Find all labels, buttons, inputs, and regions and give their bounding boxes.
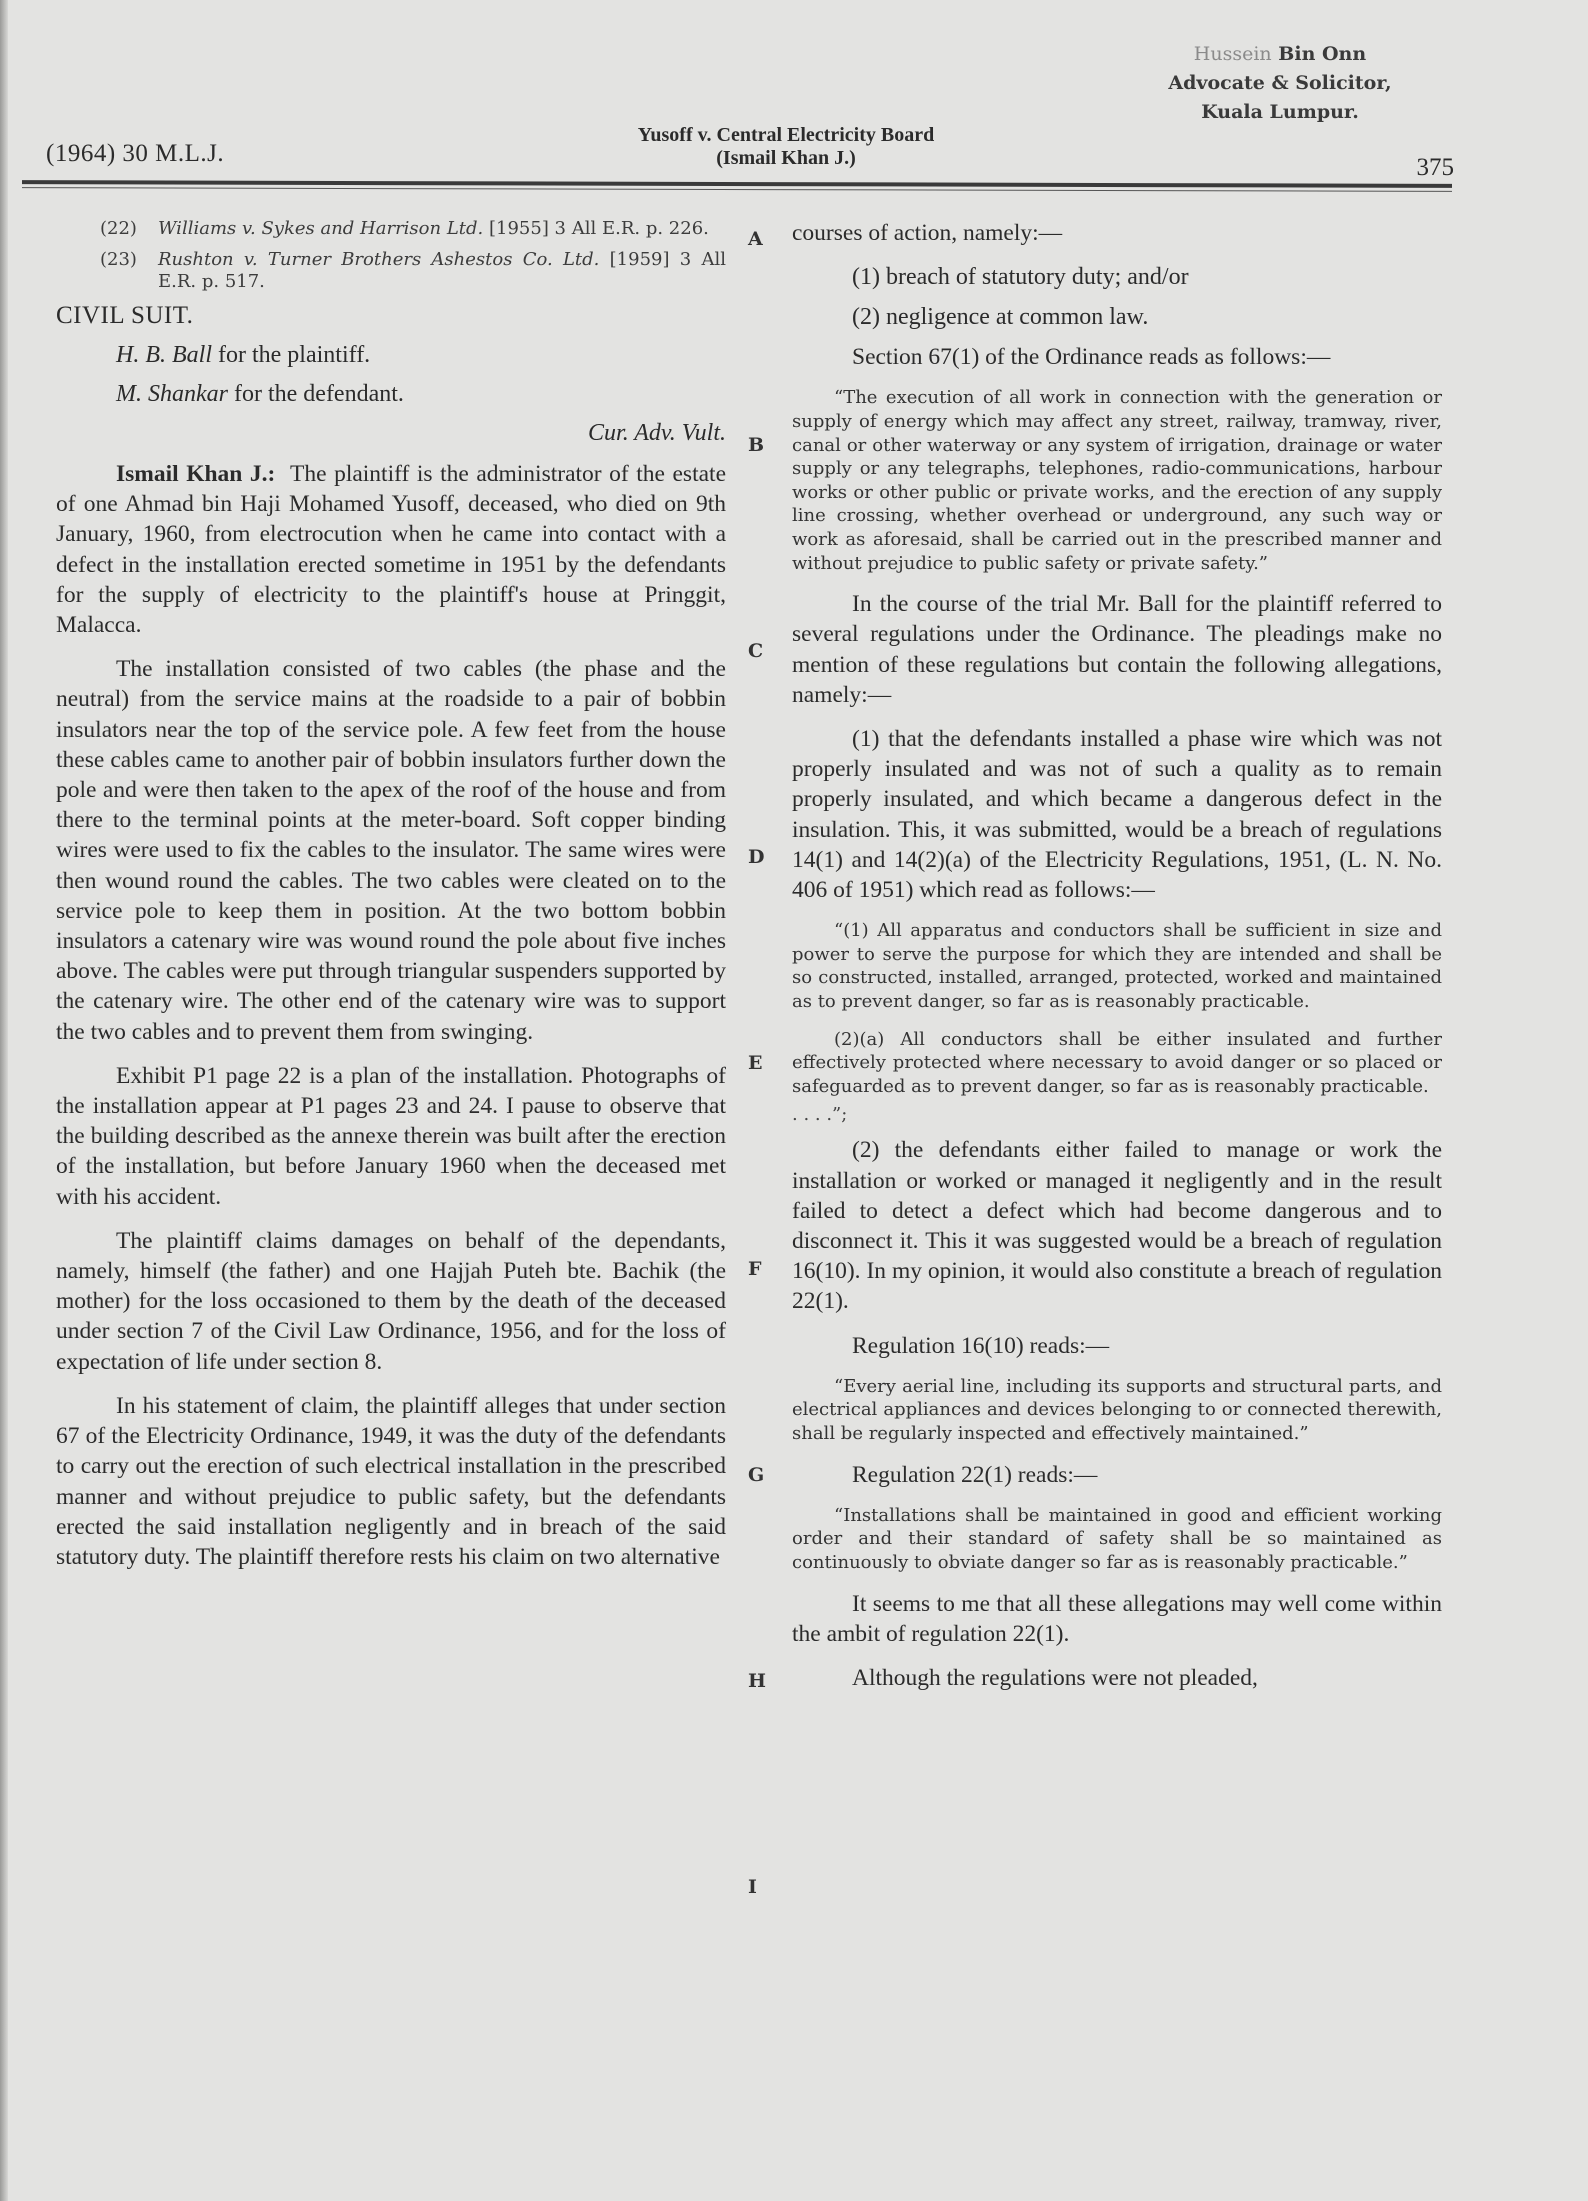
- margin-letter-i: I: [748, 1876, 757, 1898]
- regulation-22-quote: “Installations shall be maintained in go…: [792, 1504, 1442, 1575]
- case-name: Rushton v. Turner Brothers Ashestos Co. …: [158, 249, 599, 270]
- case-title: Yusoff v. Central Electricity Board: [546, 124, 1026, 147]
- citation-item: (23) Rushton v. Turner Brothers Ashestos…: [100, 249, 726, 293]
- counsel-name: H. B. Ball: [116, 342, 212, 368]
- paragraph-text: The plaintiff is the administrator of th…: [56, 461, 726, 638]
- ellipsis: . . . .”;: [792, 1104, 1442, 1125]
- last-line: Although the regulations were not pleade…: [792, 1663, 1442, 1693]
- citation-text: Rushton v. Turner Brothers Ashestos Co. …: [158, 249, 726, 293]
- case-reference: [1955] 3 All E.R. p. 226.: [489, 218, 709, 239]
- regulation-14-2a-quote: (2)(a) All conductors shall be either in…: [792, 1028, 1442, 1099]
- counsel-name: M. Shankar: [116, 381, 228, 407]
- margin-letter-h: H: [748, 1670, 766, 1692]
- judgment-paragraph: In his statement of claim, the plaintiff…: [56, 1391, 726, 1572]
- regulation-16-intro: Regulation 16(10) reads:—: [792, 1331, 1442, 1361]
- case-name: Williams v. Sykes and Harrison Ltd.: [158, 218, 483, 239]
- course-of-action: (1) breach of statutory duty; and/or: [852, 262, 1442, 292]
- section-heading: CIVIL SUIT.: [56, 302, 726, 330]
- stamp-line1-faint: Hussein: [1194, 43, 1272, 65]
- stamp-line2: Advocate & Solicitor,: [1150, 69, 1410, 98]
- margin-letter-f: F: [748, 1258, 762, 1280]
- judgment-paragraph: The plaintiff claims damages on behalf o…: [56, 1226, 726, 1377]
- citations-list: (22) Williams v. Sykes and Harrison Ltd.…: [56, 218, 726, 293]
- counsel-plaintiff: H. B. Ball for the plaintiff.: [116, 342, 726, 369]
- allegation-1: (1) that the defendants installed a phas…: [792, 724, 1442, 905]
- citation-item: (22) Williams v. Sykes and Harrison Ltd.…: [100, 218, 726, 240]
- margin-letter-d: D: [748, 846, 764, 868]
- counsel-role: for the defendant.: [234, 381, 404, 407]
- judge-label: Ismail Khan J.:: [116, 461, 275, 487]
- running-header: (1964) 30 M.L.J. Yusoff v. Central Elect…: [46, 124, 1454, 184]
- regulation-22-intro: Regulation 22(1) reads:—: [792, 1460, 1442, 1490]
- regulation-16-quote: “Every aerial line, including its suppor…: [792, 1375, 1442, 1446]
- counsel-role: for the plaintiff.: [218, 342, 370, 368]
- judgment-paragraph: Ismail Khan J.: The plaintiff is the adm…: [56, 459, 726, 640]
- citation-number: (23): [100, 249, 158, 293]
- allegation-2: (2) the defendants either failed to mana…: [792, 1135, 1442, 1316]
- page-binding-edge: [0, 0, 8, 2201]
- right-column: courses of action, namely:— (1) breach o…: [792, 218, 1442, 1707]
- section-intro: Section 67(1) of the Ordinance reads as …: [792, 342, 1442, 372]
- margin-letter-c: C: [748, 640, 763, 662]
- margin-letter-a: A: [748, 228, 763, 250]
- stamp-line3: Kuala Lumpur.: [1150, 98, 1410, 127]
- judge-name: (Ismail Khan J.): [546, 147, 1026, 170]
- citation-text: Williams v. Sykes and Harrison Ltd. [195…: [158, 218, 726, 240]
- course-of-action: (2) negligence at common law.: [852, 302, 1442, 332]
- trial-paragraph: In the course of the trial Mr. Ball for …: [792, 589, 1442, 710]
- case-header: Yusoff v. Central Electricity Board (Ism…: [546, 124, 1026, 170]
- judgment-paragraph: The installation consisted of two cables…: [56, 654, 726, 1047]
- header-rule-thin: [22, 187, 1452, 192]
- counsel-defendant: M. Shankar for the defendant.: [116, 381, 726, 408]
- stamp-line1: Bin Onn: [1278, 43, 1366, 65]
- continuation-text: courses of action, namely:—: [792, 218, 1442, 248]
- margin-letter-b: B: [748, 434, 764, 456]
- citation-number: (22): [100, 218, 158, 240]
- margin-letter-g: G: [748, 1464, 764, 1486]
- regulation-14-1-quote: “(1) All apparatus and conductors shall …: [792, 919, 1442, 1013]
- cur-adv-vult: Cur. Adv. Vult.: [56, 420, 726, 447]
- journal-citation: (1964) 30 M.L.J.: [46, 140, 224, 168]
- page-number: 375: [1417, 154, 1455, 182]
- margin-letter-e: E: [748, 1052, 762, 1074]
- judgment-paragraph: Exhibit P1 page 22 is a plan of the inst…: [56, 1061, 726, 1212]
- conclusion-paragraph: It seems to me that all these allegation…: [792, 1589, 1442, 1649]
- section-67-quote: “The execution of all work in connection…: [792, 386, 1442, 575]
- lawyer-stamp: Hussein Bin Onn Advocate & Solicitor, Ku…: [1150, 40, 1410, 127]
- left-column: (22) Williams v. Sykes and Harrison Ltd.…: [56, 218, 726, 1586]
